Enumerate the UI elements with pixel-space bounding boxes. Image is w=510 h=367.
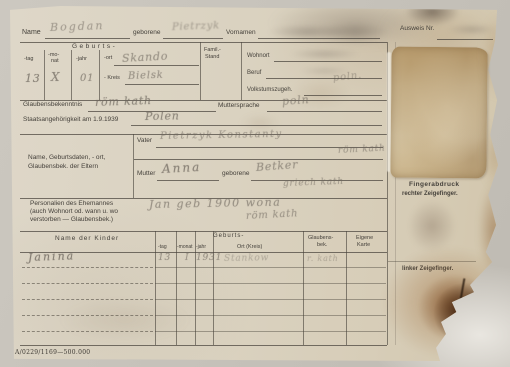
child-monat-value: I xyxy=(185,254,189,263)
eltern-label: Name, Geburtsdaten, - ort, xyxy=(28,155,105,162)
name-field-value-handwritten: Bogdan xyxy=(50,20,105,33)
beruf-label: Beruf xyxy=(247,70,261,76)
form-line xyxy=(22,315,153,316)
muttersprache-label: Muttersprache xyxy=(218,103,260,110)
wohnort-label: Wohnort xyxy=(247,53,270,59)
form-line xyxy=(20,345,387,346)
kinder-glauben-header: Glaubens- xyxy=(308,236,333,242)
form-line xyxy=(266,78,382,79)
form-vline xyxy=(155,231,156,345)
birth-place-value: Skando xyxy=(122,51,169,64)
staatsangehoerigkeit-value: Polen xyxy=(145,110,180,122)
kinder-karte-header: Eigene xyxy=(356,236,373,242)
birth-district-label: - Kreis xyxy=(104,76,120,82)
child-tag-value: 13 xyxy=(158,254,171,263)
ausweis-nr-label: Ausweis Nr. xyxy=(400,26,434,33)
birth-month-label: nat xyxy=(51,59,59,65)
kinder-monat-header: -monat xyxy=(177,245,193,250)
vornamen-field-label: Vornamen xyxy=(226,30,256,37)
form-line xyxy=(155,283,386,284)
kinder-karte-header: Karte xyxy=(357,243,370,249)
fingerprint-left-label: linker Zeigefinger. xyxy=(402,266,453,272)
kinder-jahr-header: -jahr xyxy=(196,245,206,250)
kinder-tag-header: -tag xyxy=(158,245,167,250)
kinder-geburts-header: Geburts- xyxy=(213,233,244,239)
form-number: A/0229/1169—500.000 xyxy=(15,350,90,356)
form-line xyxy=(155,299,386,300)
form-vline xyxy=(195,231,196,345)
mutter-value: Anna xyxy=(162,161,202,175)
vater-value: Pietrzyk Konstanty xyxy=(160,130,283,142)
mutter-geborene-label: geborene xyxy=(222,171,249,178)
form-line xyxy=(155,315,386,316)
form-vline xyxy=(241,42,242,100)
form-line xyxy=(267,111,382,112)
child-name-value: Janina xyxy=(28,250,76,263)
volkstum-label: Volkstumszugeh. xyxy=(247,87,292,93)
smudge xyxy=(290,48,360,60)
form-line xyxy=(258,38,380,39)
ehemann-value: Jan geb 1900 wona xyxy=(149,197,281,210)
form-line xyxy=(114,65,199,66)
mutter-label: Mutter xyxy=(137,171,155,178)
kinder-name-header: Name der Kinder xyxy=(55,236,119,243)
child-ort-value: Stankow xyxy=(224,254,269,264)
birth-section-title: Geburts- xyxy=(72,44,117,51)
form-line xyxy=(20,231,387,232)
ehemann-label: (auch Wohnort od. wann u. wo xyxy=(30,209,118,216)
form-vline xyxy=(44,50,45,100)
form-vline xyxy=(213,231,214,345)
form-line xyxy=(388,261,476,262)
form-line xyxy=(157,180,219,181)
form-line xyxy=(22,299,153,300)
form-line xyxy=(131,125,382,126)
birth-place-label: -ort xyxy=(104,56,112,62)
child-glauben-value: r. kath xyxy=(307,255,339,263)
mutter-religion-note: griech kath xyxy=(283,178,344,189)
birth-day-label: -tag xyxy=(24,57,33,63)
form-vline xyxy=(99,50,100,100)
muttersprache-value: poln xyxy=(282,94,310,107)
vater-label: Vater xyxy=(137,138,152,145)
form-vline xyxy=(346,231,347,345)
form-line xyxy=(304,95,382,96)
geborene-field-label: geborene xyxy=(133,30,160,37)
staatsangehoerigkeit-label: Staatsangehörigkeit am 1.9.1939 xyxy=(23,117,118,124)
form-line xyxy=(22,331,153,332)
form-line xyxy=(155,331,386,332)
birth-district-value: Bielsk xyxy=(128,71,164,82)
form-vline xyxy=(387,42,388,345)
fingerprint-right-label: rechter Zeigefinger. xyxy=(402,191,458,197)
form-vline xyxy=(71,50,72,100)
form-vline xyxy=(133,134,134,198)
form-line xyxy=(155,267,386,268)
vater-religion-note: röm kath xyxy=(338,145,386,156)
glue-patch xyxy=(390,47,487,179)
smudge xyxy=(448,24,496,35)
glaubensbekenntnis-value: röm kath xyxy=(95,95,152,108)
form-vline xyxy=(200,42,201,100)
kinder-glauben-header: bek. xyxy=(317,243,327,249)
kinder-ort-header: Ort (Kreis) xyxy=(237,245,262,251)
fingerprint-title: Fingerabdruck xyxy=(409,182,459,189)
form-line xyxy=(45,38,130,39)
form-line xyxy=(163,38,223,39)
form-line xyxy=(125,84,199,85)
eltern-label: Glaubensbek. der Eltern xyxy=(28,164,98,171)
form-line xyxy=(22,267,153,268)
mutter-geborene-value: Betker xyxy=(256,159,299,173)
glaubensbekenntnis-label: Glaubensbekenntnis xyxy=(23,102,82,109)
fingerprint-smudge xyxy=(408,200,456,252)
ehemann-label: Personalien des Ehemannes xyxy=(30,201,113,208)
name-field-label: Name xyxy=(22,29,41,36)
form-vline xyxy=(303,231,304,345)
form-vline xyxy=(176,231,177,345)
familienstand-label: Famil.- xyxy=(204,48,221,54)
birth-day-value: 13 xyxy=(25,73,41,84)
ehemann-label: verstorben — Glaubensbek.) xyxy=(30,217,113,224)
birth-month-value: X xyxy=(51,71,60,83)
familienstand-label: Stand xyxy=(205,55,219,61)
birth-year-label: -jahr xyxy=(76,57,87,63)
form-line xyxy=(274,61,382,62)
birth-year-value: 01 xyxy=(80,74,94,84)
form-line xyxy=(437,39,493,40)
form-line xyxy=(22,283,153,284)
ehemann-religion-note: röm kath xyxy=(246,209,299,222)
child-jahr-value: 1931 xyxy=(196,254,222,263)
photo-background: Name Bogdan geborene Pietrzyk Vornamen A… xyxy=(0,0,510,367)
geborene-field-value-handwritten: Pietrzyk xyxy=(172,21,220,33)
